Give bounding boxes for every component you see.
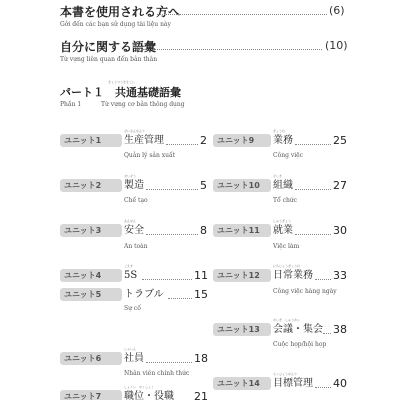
unit-subtitle: Nhân viên chính thức (124, 370, 189, 377)
ruby-text: ごえす (124, 264, 133, 268)
unit-badge: ユニット12 (213, 269, 271, 282)
unit-page: 40 (333, 377, 347, 390)
unit-subtitle: Chế tạo (124, 197, 148, 204)
leader-dots (166, 144, 198, 145)
unit-page: 8 (200, 224, 207, 237)
unit-subtitle: An toàn (124, 243, 148, 250)
unit-subtitle: Sự cố (124, 305, 141, 312)
unit-title[interactable]: トラブル (124, 288, 164, 301)
leader-dots (146, 189, 198, 190)
intro-page-1: (6) (329, 4, 345, 17)
unit-badge: ユニット11 (213, 224, 271, 237)
unit-title[interactable]: 安全 (124, 224, 144, 237)
unit-title[interactable]: 就業 (273, 224, 293, 237)
leader-dots (315, 279, 331, 280)
unit-page: 30 (333, 224, 347, 237)
unit-badge: ユニット2 (60, 179, 122, 192)
unit-subtitle: Công việc (273, 152, 303, 159)
unit-page: 18 (194, 352, 208, 365)
leader-dots (315, 387, 331, 388)
leader-dots (142, 279, 192, 280)
part-label: Phần 1 (60, 101, 81, 108)
unit-title[interactable]: 業務 (273, 134, 293, 147)
ruby-text: しゅうぎょう (273, 219, 291, 223)
unit-title[interactable]: 5S (124, 269, 137, 282)
leader-dots (168, 298, 192, 299)
leader-dots (146, 234, 198, 235)
leader-dots (146, 362, 192, 363)
unit-page: 5 (200, 179, 207, 192)
unit-badge: ユニット6 (60, 352, 122, 365)
unit-subtitle: Cuộc họp/hội họp (273, 341, 326, 348)
leader-dots (137, 49, 322, 50)
ruby-text: ぎょうむ (273, 129, 285, 133)
leader-dots (157, 14, 327, 15)
intro-subtitle-1: Gởi đến các bạn sử dụng tài liệu này (60, 21, 171, 28)
leader-dots (295, 234, 331, 235)
unit-page: 27 (333, 179, 347, 192)
unit-page: 33 (333, 269, 347, 282)
ruby-text: にちじょうぎょうむ (273, 264, 300, 268)
intro-title-2[interactable]: 自分に関する語彙 (60, 38, 156, 55)
ruby-text: もくひょうかんり (273, 372, 297, 376)
leader-dots (295, 144, 331, 145)
ruby-text: あんぜん (124, 219, 136, 223)
ruby-text: しょくい やくしょく (124, 385, 154, 389)
part-title: パート１ 共通基礎語彙 (60, 84, 181, 100)
ruby-text: しゃいん (124, 347, 136, 351)
unit-badge: ユニット7 (60, 390, 122, 400)
ruby-text: せいさんかんり (124, 129, 145, 133)
unit-title[interactable]: 職位・役職 (124, 390, 174, 400)
leader-dots (295, 189, 331, 190)
unit-page: 15 (194, 288, 208, 301)
unit-badge: ユニット9 (213, 134, 271, 147)
unit-subtitle: Quản lý sản xuất (124, 152, 175, 159)
unit-badge: ユニット4 (60, 269, 122, 282)
unit-badge: ユニット10 (213, 179, 271, 192)
intro-title-1[interactable]: 本書を使用される方へ (60, 3, 180, 20)
unit-badge: ユニット13 (213, 323, 271, 336)
part-subtitle: Từ vựng cơ bản thông dụng (101, 101, 185, 108)
intro-subtitle-2: Từ vựng liên quan đến bản thân (60, 56, 157, 63)
unit-page: 25 (333, 134, 347, 147)
unit-page: 38 (333, 323, 347, 336)
unit-subtitle: Tổ chức (273, 197, 297, 204)
unit-page: 21 (194, 390, 208, 400)
unit-subtitle: Việc làm (273, 243, 299, 250)
ruby-text: せいぞう (124, 174, 136, 178)
unit-title[interactable]: 組織 (273, 179, 293, 192)
unit-page: 2 (200, 134, 207, 147)
intro-page-2: (10) (325, 39, 348, 52)
unit-badge: ユニット3 (60, 224, 122, 237)
unit-title[interactable]: 生産管理 (124, 134, 164, 147)
unit-title[interactable]: 日常業務 (273, 269, 313, 282)
unit-subtitle: Công việc hàng ngày (273, 288, 337, 295)
unit-page: 11 (194, 269, 208, 282)
leader-dots (323, 333, 331, 334)
unit-title[interactable]: 製造 (124, 179, 144, 192)
unit-title[interactable]: 目標管理 (273, 377, 313, 390)
ruby-text: そしき (273, 174, 282, 178)
unit-title[interactable]: 社員 (124, 352, 144, 365)
unit-badge: ユニット14 (213, 377, 271, 390)
ruby-text: かいぎ しゅうかい (273, 318, 300, 322)
unit-badge: ユニット1 (60, 134, 122, 147)
unit-badge: ユニット5 (60, 288, 122, 301)
unit-title[interactable]: 会議・集会 (273, 323, 323, 336)
